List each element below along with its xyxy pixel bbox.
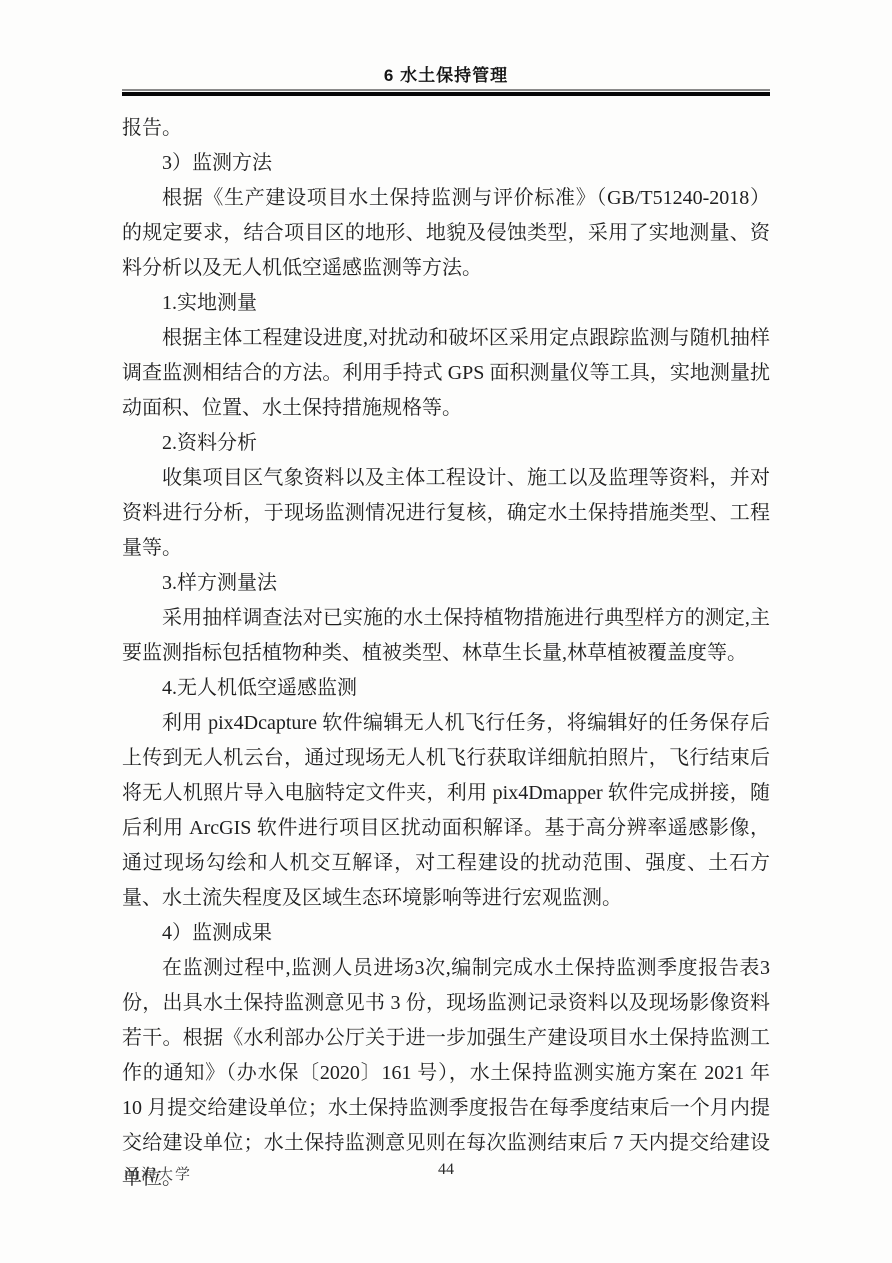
page-footer: 河海大学 44 <box>122 1163 770 1185</box>
heading-field-measurement: 1.实地测量 <box>122 286 770 321</box>
heading-quadrat-method: 3.样方测量法 <box>122 566 770 601</box>
heading-monitoring-methods: 3）监测方法 <box>122 146 770 181</box>
paragraph-continuation: 报告。 <box>122 111 770 146</box>
heading-uav-remote-sensing: 4.无人机低空遥感监测 <box>122 671 770 706</box>
paragraph-quadrat-method: 采用抽样调查法对已实施的水土保持植物措施进行典型样方的测定,主要监测指标包括植物… <box>122 601 770 671</box>
header-rule <box>122 89 770 96</box>
paragraph-methods-overview: 根据《生产建设项目水土保持监测与评价标准》（GB/T51240-2018）的规定… <box>122 181 770 286</box>
document-body: 报告。 3）监测方法 根据《生产建设项目水土保持监测与评价标准》（GB/T512… <box>122 111 770 1196</box>
page-number: 44 <box>122 1161 770 1179</box>
chapter-title: 6 水土保持管理 <box>122 66 770 86</box>
heading-data-analysis: 2.资料分析 <box>122 426 770 461</box>
paragraph-data-analysis: 收集项目区气象资料以及主体工程设计、施工以及监理等资料，并对资料进行分析，于现场… <box>122 461 770 566</box>
paragraph-field-measurement: 根据主体工程建设进度,对扰动和破坏区采用定点跟踪监测与随机抽样调查监测相结合的方… <box>122 321 770 426</box>
paragraph-monitoring-results: 在监测过程中,监测人员进场3次,编制完成水土保持监测季度报告表3份，出具水土保持… <box>122 951 770 1196</box>
heading-monitoring-results: 4）监测成果 <box>122 916 770 951</box>
header-rule-thick-line <box>122 92 770 96</box>
paragraph-uav-remote-sensing: 利用 pix4Dcapture 软件编辑无人机飞行任务，将编辑好的任务保存后上传… <box>122 706 770 916</box>
page-header: 6 水土保持管理 <box>122 66 770 96</box>
document-page: 6 水土保持管理 报告。 3）监测方法 根据《生产建设项目水土保持监测与评价标准… <box>0 0 892 1263</box>
